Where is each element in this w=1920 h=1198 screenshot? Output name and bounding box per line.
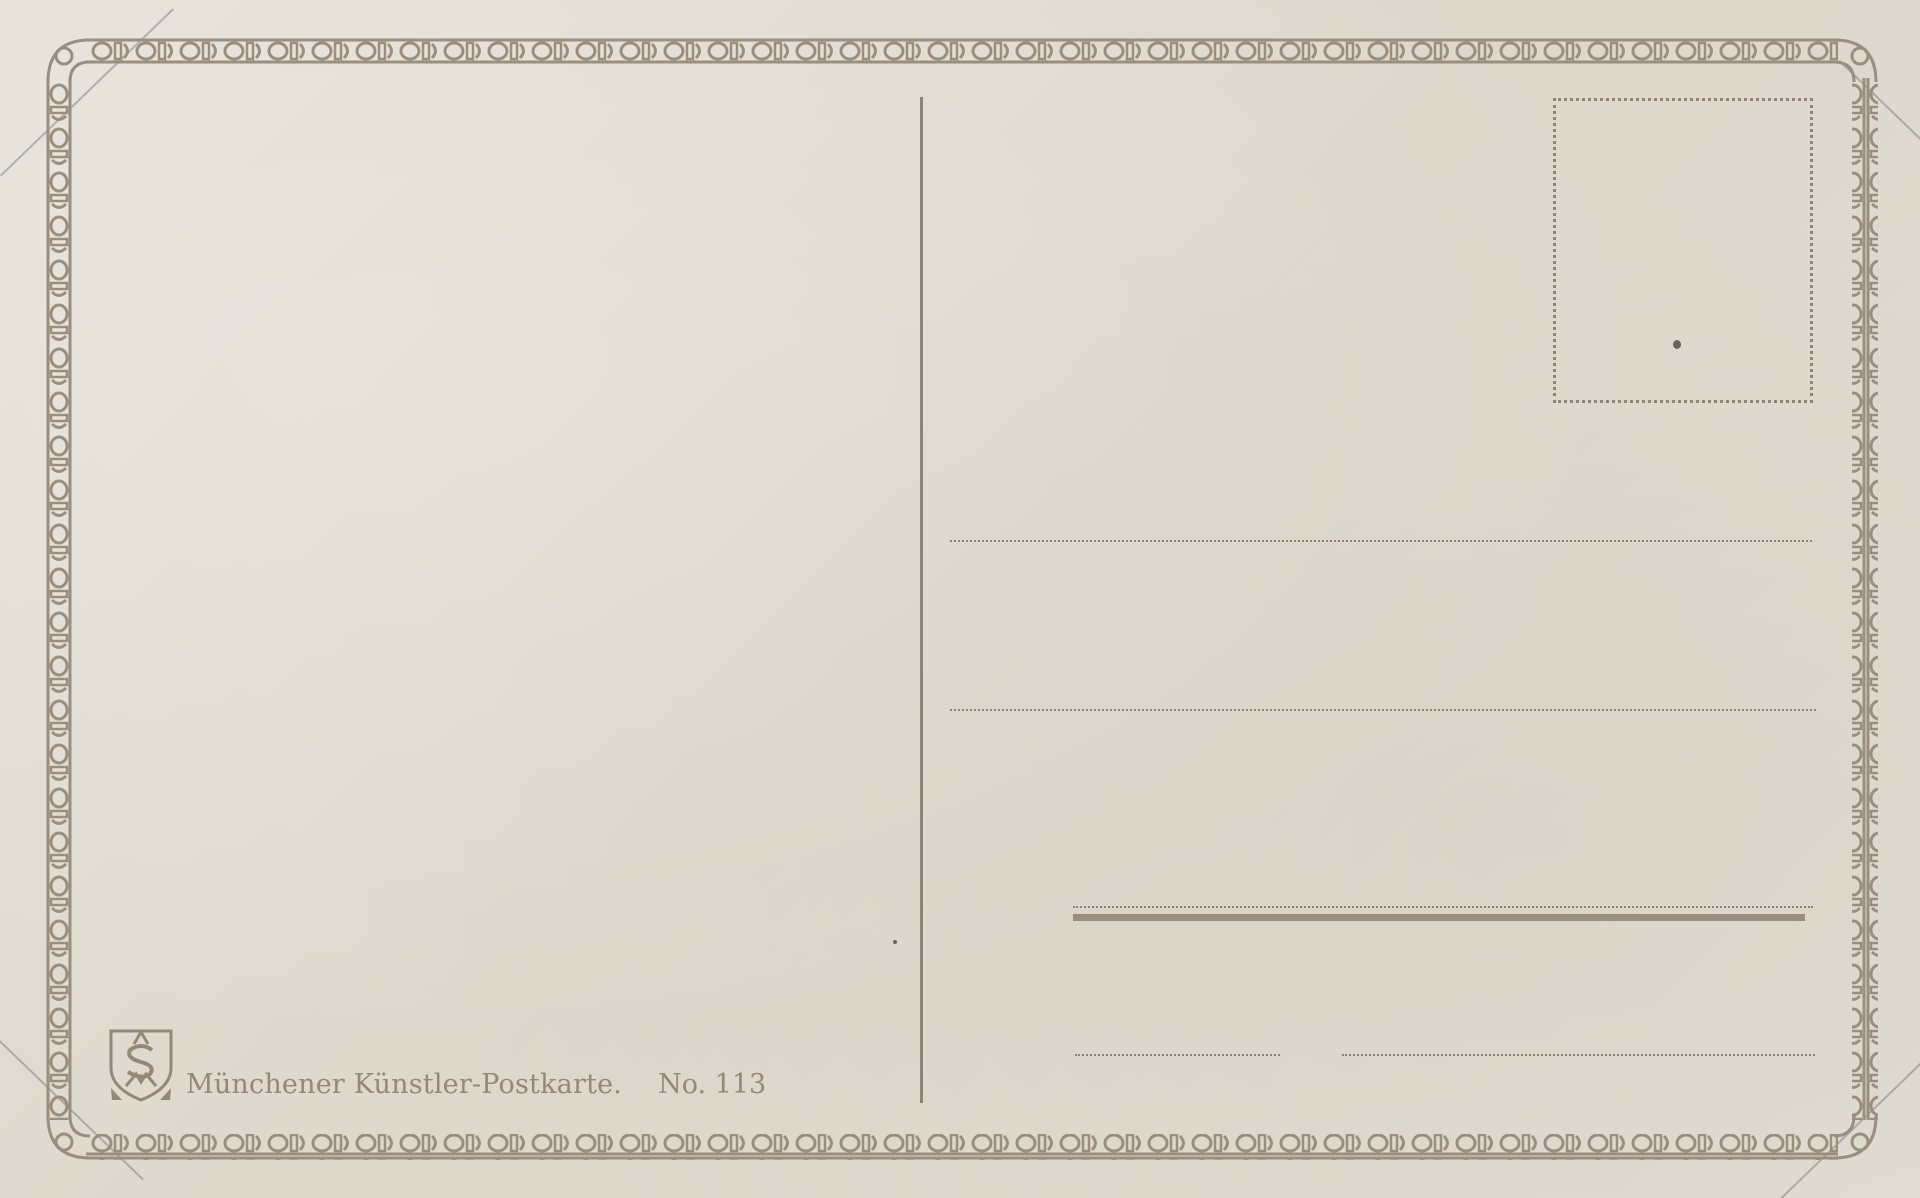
address-line-3 — [1073, 906, 1813, 908]
sm-shield-logo-icon — [108, 1028, 174, 1102]
publisher-name: Münchener Künstler-Postkarte. — [186, 1071, 622, 1102]
address-line-4-right — [1342, 1054, 1815, 1056]
publisher-imprint: Münchener Künstler-Postkarte. No. 113 — [108, 1022, 766, 1102]
address-underline — [1073, 914, 1805, 921]
card-number: No. 113 — [658, 1071, 766, 1102]
paper-spot — [893, 940, 897, 944]
address-line-1 — [950, 540, 1812, 542]
stamp-placement-box — [1553, 98, 1813, 403]
message-address-divider — [920, 97, 923, 1103]
address-line-2 — [950, 709, 1816, 711]
paper-spot — [1673, 340, 1681, 349]
postcard-back: Münchener Künstler-Postkarte. No. 113 — [0, 0, 1920, 1198]
address-line-4-left — [1075, 1054, 1280, 1056]
